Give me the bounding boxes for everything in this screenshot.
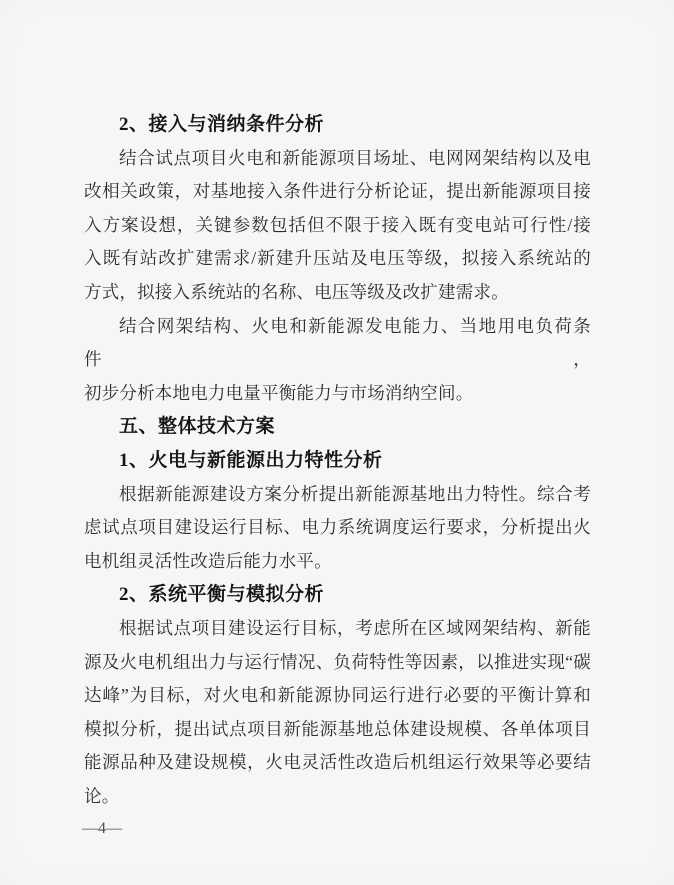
heading-line: 2、系统平衡与模拟分析 [84,578,591,612]
body-line: 入既有站改扩建需求/新建升压站及电压等级，拟接入系统站的 [84,242,591,276]
body-line: 电机组灵活性改造后能力水平。 [84,545,591,579]
heading-line: 五、整体技术方案 [84,410,591,444]
body-line: 模拟分析，提出试点项目新能源基地总体建设规模、各单体项目 [84,713,591,747]
heading-line: 1、火电与新能源出力特性分析 [84,444,591,478]
body-line: 达峰”为目标，对火电和新能源协同运行进行必要的平衡计算和 [84,679,591,713]
heading-line: 2、接入与消纳条件分析 [84,108,591,142]
page-number: —4— [82,820,122,838]
body-line: 结合试点项目火电和新能源项目场址、电网网架结构以及电 [84,142,591,176]
body-line: 方式，拟接入系统站的名称、电压等级及改扩建需求。 [84,276,591,310]
document-page: 2、接入与消纳条件分析结合试点项目火电和新能源项目场址、电网网架结构以及电改相关… [0,0,674,885]
body-line: 根据新能源建设方案分析提出新能源基地出力特性。综合考 [84,478,591,512]
body-line: 源及火电机组出力与运行情况、负荷特性等因素，以推进实现“碳 [84,646,591,680]
body-line: 虑试点项目建设运行目标、电力系统调度运行要求，分析提出火 [84,511,591,545]
body-line: 结合网架结构、火电和新能源发电能力、当地用电负荷条件， [84,310,591,377]
body-line: 改相关政策，对基地接入条件进行分析论证，提出新能源项目接 [84,175,591,209]
body-line: 初步分析本地电力电量平衡能力与市场消纳空间。 [84,377,591,411]
text-block: 2、接入与消纳条件分析结合试点项目火电和新能源项目场址、电网网架结构以及电改相关… [84,108,591,813]
body-line: 论。 [84,780,591,814]
body-line: 根据试点项目建设运行目标，考虑所在区域网架结构、新能 [84,612,591,646]
body-line: 入方案设想，关键参数包括但不限于接入既有变电站可行性/接 [84,209,591,243]
body-line: 能源品种及建设规模，火电灵活性改造后机组运行效果等必要结 [84,746,591,780]
